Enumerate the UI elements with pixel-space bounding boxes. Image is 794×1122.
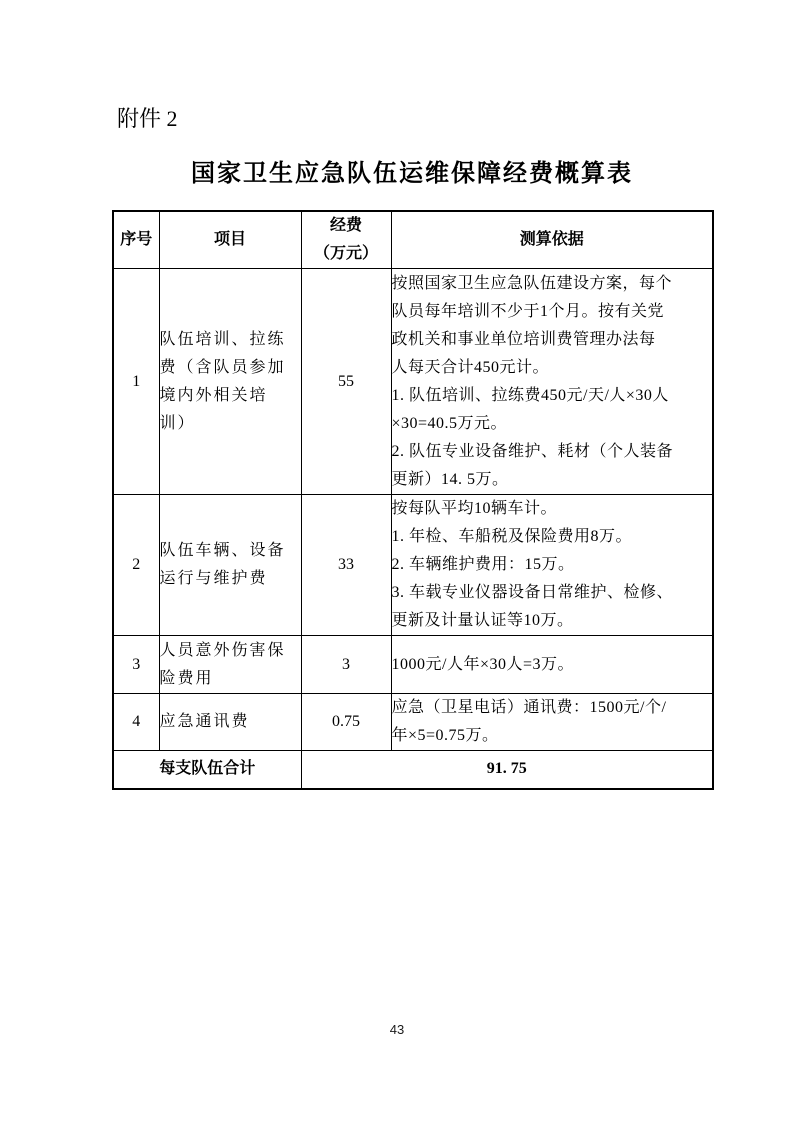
row-2-serial: 2 bbox=[113, 495, 159, 636]
table-row: 2 队伍车辆、设备 运行与维护费 33 按每队平均10辆车计。 1. 年检、车船… bbox=[113, 495, 713, 636]
table-row: 1 队伍培训、拉练 费（含队员参加 境内外相关培 训） 55 按照国家卫生应急队… bbox=[113, 269, 713, 495]
row-4-item: 应急通讯费 bbox=[159, 694, 301, 751]
row-3-item: 人员意外伤害保 险费用 bbox=[159, 636, 301, 694]
document-page: { "page": { "attachment_label": "附件 2", … bbox=[0, 0, 794, 1122]
header-cell-cost: 经费 （万元） bbox=[301, 211, 391, 269]
attachment-label: 附件 2 bbox=[117, 104, 178, 134]
table-row: 4 应急通讯费 0.75 应急（卫星电话）通讯费：1500元/个/ 年×5=0.… bbox=[113, 694, 713, 751]
row-1-basis: 按照国家卫生应急队伍建设方案，每个 队员每年培训不少于1个月。按有关党 政机关和… bbox=[391, 269, 713, 495]
row-2-item: 队伍车辆、设备 运行与维护费 bbox=[159, 495, 301, 636]
row-1-item: 队伍培训、拉练 费（含队员参加 境内外相关培 训） bbox=[159, 269, 301, 495]
row-4-basis: 应急（卫星电话）通讯费：1500元/个/ 年×5=0.75万。 bbox=[391, 694, 713, 751]
header-row: 序号 项目 经费 （万元） 测算依据 bbox=[113, 211, 713, 269]
total-value-cell: 91. 75 bbox=[301, 751, 713, 789]
row-4-serial: 4 bbox=[113, 694, 159, 751]
row-4-cost: 0.75 bbox=[301, 694, 391, 751]
row-1-serial: 1 bbox=[113, 269, 159, 495]
page-number: 43 bbox=[0, 1022, 794, 1037]
row-2-cost: 33 bbox=[301, 495, 391, 636]
header-cell-basis: 测算依据 bbox=[391, 211, 713, 269]
header-cell-serial: 序号 bbox=[113, 211, 159, 269]
total-row: 每支队伍合计 91. 75 bbox=[113, 751, 713, 789]
total-label-cell: 每支队伍合计 bbox=[113, 751, 301, 789]
document-title: 国家卫生应急队伍运维保障经费概算表 bbox=[112, 158, 712, 190]
row-1-cost: 55 bbox=[301, 269, 391, 495]
row-3-basis: 1000元/人年×30人=3万。 bbox=[391, 636, 713, 694]
row-3-serial: 3 bbox=[113, 636, 159, 694]
table-row: 3 人员意外伤害保 险费用 3 1000元/人年×30人=3万。 bbox=[113, 636, 713, 694]
header-cell-item: 项目 bbox=[159, 211, 301, 269]
row-3-cost: 3 bbox=[301, 636, 391, 694]
row-2-basis: 按每队平均10辆车计。 1. 年检、车船税及保险费用8万。 2. 车辆维护费用：… bbox=[391, 495, 713, 636]
budget-table: 序号 项目 经费 （万元） 测算依据 1 队伍培训、拉练 费（含队员参加 境内外… bbox=[112, 210, 714, 790]
